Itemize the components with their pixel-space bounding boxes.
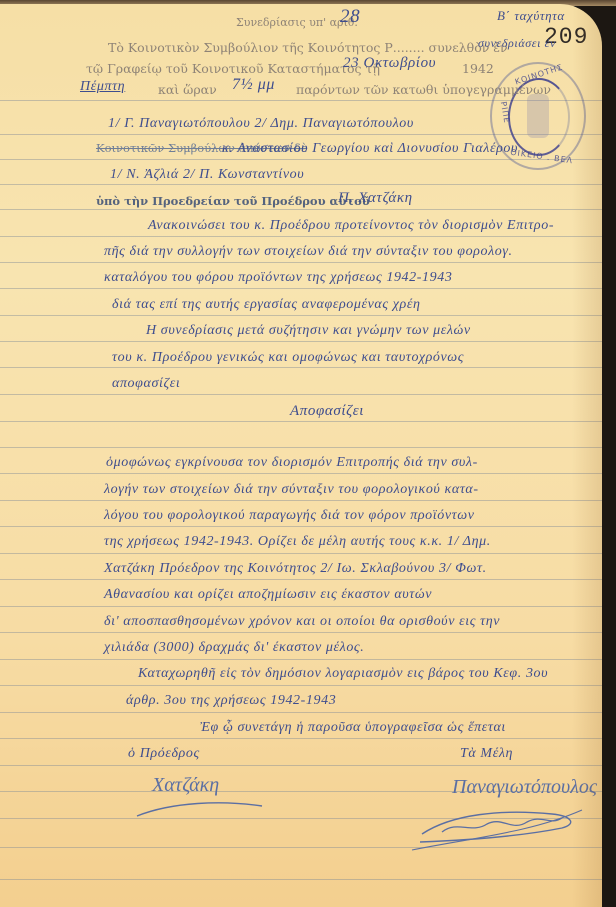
ruled-line [0, 738, 602, 739]
present-members-line-2: κ. Αναστασίου Γεωργίου καὶ Διονυσίου Για… [222, 141, 518, 157]
present-members-line-1: 1/ Γ. Παναγιωτόπουλου 2/ Δημ. Παναγιωτόπ… [108, 116, 414, 132]
ruled-line [0, 315, 602, 316]
time-label: καὶ ὥραν [158, 82, 217, 97]
president-signature-text: Χατζάκη [152, 774, 219, 796]
ruled-line [0, 553, 602, 554]
decision-line-3: λόγου του φορολογικού παραγωγής διά τον … [104, 508, 475, 524]
members-label: Τὰ Μέλη [460, 746, 513, 762]
ruled-line [0, 394, 602, 395]
ruled-line [0, 712, 602, 713]
president-name: Π. Χατζάκη [338, 190, 413, 207]
ruled-line [0, 500, 602, 501]
header-printed-line-2: τῷ Γραφείῳ τοῦ Κοινοτικοῦ Καταστήματος τ… [86, 61, 380, 76]
ruled-line [0, 632, 602, 633]
president-label: ὁ Πρόεδρος [128, 746, 200, 762]
body-line-7: αποφασίζει [112, 376, 180, 392]
header-printed-line-1: Τὸ Κοινοτικὸν Συμβούλιον τῆς Κοινότητος … [108, 40, 508, 55]
ruled-line [0, 473, 602, 474]
decision-heading: Αποφασίζει [290, 403, 364, 420]
member-signature-1-text: Παναγιωτόπουλος [452, 776, 597, 798]
ruled-line [0, 765, 602, 766]
ruled-line [0, 685, 602, 686]
presidency-printed: ὑπὸ τὴν Προεδρείαν τοῦ Προέδρου αὐτοῦ [96, 194, 370, 208]
decision-line-6: Αθανασίου και ορίζει αποζημίωσιν εις έκα… [104, 587, 432, 603]
body-line-1: Ανακοινώσει του κ. Προέδρου προτείνοντος… [148, 218, 554, 234]
ruled-line [0, 606, 602, 607]
absent-members-line: 1/ Ν. Ἀζλιά 2/ Π. Κωνσταντίνου [110, 167, 304, 183]
stamp-crest-icon [527, 94, 549, 138]
body-line-4: διά τας επί της αυτής εργασίας αναφερομέ… [112, 297, 421, 313]
body-line-6: του κ. Προέδρου γενικώς και ομοφώνως και… [112, 350, 464, 366]
body-line-3: καταλόγου του φόρου προϊόντων της χρήσεω… [104, 270, 452, 286]
decision-line-4: της χρήσεως 1942-1943. Ορίζει δε μέλη αυ… [104, 534, 491, 550]
member-signature-2-scribble-icon [412, 804, 592, 854]
decision-line-10: άρθρ. 3ου της χρήσεως 1942-1943 [126, 693, 336, 709]
body-line-5: Η συνεδρίασις μετά συζήτησιν και γνώμην … [146, 323, 471, 339]
decision-line-2: λογήν των στοιχείων διά την σύνταξιν του… [104, 482, 479, 498]
closing-line: Ἐφ ᾧ συνετάγη ἡ παροῦσα ὑπογραφεῖσα ὡς ἕ… [200, 720, 506, 736]
ruled-line [0, 236, 602, 237]
decision-line-8: χιλιάδα (3000) δραχμάς δι' έκαστον μέλος… [104, 640, 364, 656]
ruled-line [0, 579, 602, 580]
decision-line-9: Καταχωρηθῆ εἰς τὸν δημόσιον λογαριασμὸν … [138, 666, 548, 682]
decision-line-1: ὁμοφώνως εγκρίνουσα τον διορισμόν Επιτρο… [106, 455, 478, 471]
meeting-day: Πέμπτη [80, 79, 125, 95]
meeting-year: 1942 [462, 61, 494, 76]
ruled-line [0, 288, 602, 289]
ruled-line [0, 447, 602, 448]
ruled-line [0, 184, 602, 185]
top-right-note: Β΄ ταχύτητα [497, 8, 565, 24]
document-page: ΚΟΙΝΟΤΗΣ ΡΙΠΕ ΟΙΚΕΙΟ . ΒΕΛ 209 Β΄ ταχύτη… [0, 4, 602, 907]
ruled-line [0, 262, 602, 263]
decision-line-7: δι' αποσπασθησομένων χρόνον και οι οποίο… [104, 614, 500, 630]
ruled-line [0, 879, 602, 880]
meeting-date: 23 Οκτωβρίου [343, 55, 436, 72]
ruled-line [0, 659, 602, 660]
meeting-time: 7½ μμ [232, 76, 275, 94]
member-signature-1: Παναγιωτόπουλος [452, 776, 597, 799]
decision-line-5: Χατζάκη Πρόεδρον της Κοινότητος 2/ Ιω. Σ… [104, 561, 487, 577]
session-number: 28 [340, 6, 360, 28]
ruled-line [0, 209, 602, 210]
ruled-line [0, 421, 602, 422]
ruled-line [0, 341, 602, 342]
ruled-line [0, 526, 602, 527]
ruled-line [0, 367, 602, 368]
president-signature: Χατζάκη [152, 774, 219, 797]
present-label: παρόντων τῶν κατωθι ὑπογεγραμμένων [296, 82, 551, 97]
body-line-2: πῆς διά την συλλογήν των στοιχείων διά τ… [104, 244, 513, 260]
signature-flourish-icon [132, 794, 272, 824]
header-hand-session: συνεδριάσει ἐν [478, 36, 556, 51]
